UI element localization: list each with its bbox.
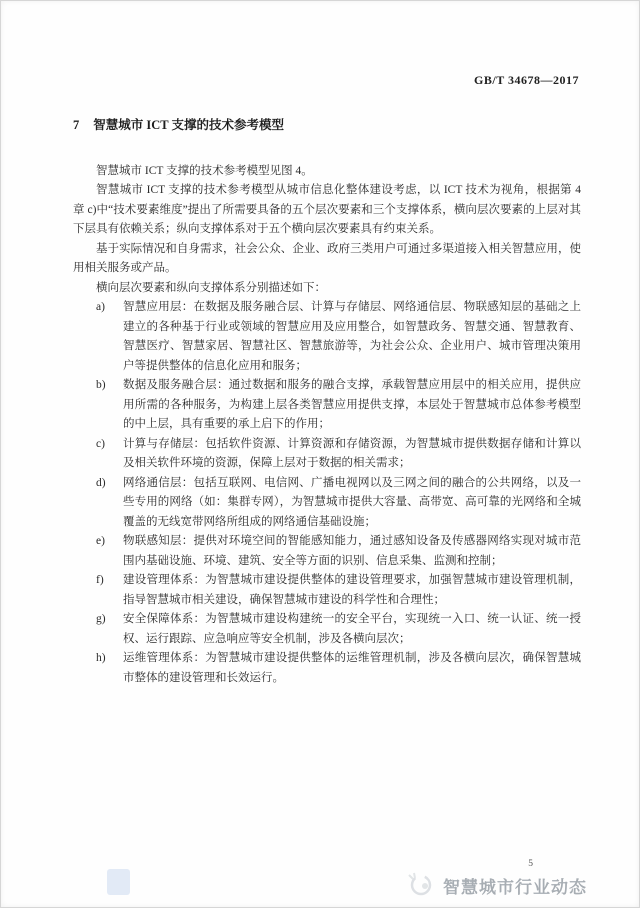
section-title: 智慧城市 ICT 支撑的技术参考模型 [93,118,284,132]
list-item: c) 计算与存储层：包括软件资源、计算资源和存储资源，为智慧城市提供数据存储和计… [73,435,581,474]
list-item-text: 建设管理体系：为智慧城市建设提供整体的建设管理要求，加强智慧城市建设管理机制，指… [123,571,581,610]
section-number: 7 [73,118,79,132]
list-item: g) 安全保障体系：为智慧城市建设构建统一的安全平台，实现统一入口、统一认证、统… [73,610,581,649]
list-item: e) 物联感知层：提供对环境空间的智能感知能力，通过感知设备及传感器网络实现对城… [73,532,581,571]
list-item: d) 网络通信层：包括互联网、电信网、广播电视网以及三网之间的融合的公共网络，以… [73,474,581,533]
list-item-label: d) [73,474,123,494]
list-item-text: 物联感知层：提供对环境空间的智能感知能力，通过感知设备及传感器网络实现对城市范围… [123,532,581,571]
list-item-text: 智慧应用层：在数据及服务融合层、计算与存储层、网络通信层、物联感知层的基础之上建… [123,298,581,376]
watermark-text: 智慧城市行业动态 [443,873,587,898]
watermark-logo-icon [405,869,435,902]
list-item: b) 数据及服务融合层：通过数据和服务的融合支撑，承载智慧应用层中的相关应用，提… [73,376,581,435]
corner-logo [107,869,130,895]
list-item: f) 建设管理体系：为智慧城市建设提供整体的建设管理要求，加强智慧城市建设管理机… [73,571,581,610]
list-item-text: 安全保障体系：为智慧城市建设构建统一的安全平台，实现统一入口、统一认证、统一授权… [123,610,581,649]
list-item-label: c) [73,435,123,455]
list-item-label: h) [73,649,123,669]
list-item-text: 网络通信层：包括互联网、电信网、广播电视网以及三网之间的融合的公共网络，以及一些… [123,474,581,533]
document-page: GB/T 34678—2017 7智慧城市 ICT 支撑的技术参考模型 智慧城市… [0,0,640,908]
section-heading: 7智慧城市 ICT 支撑的技术参考模型 [73,116,581,136]
list-item-label: a) [73,298,123,318]
paragraph: 智慧城市 ICT 支撑的技术参考模型见图 4。 [73,162,581,182]
paragraph: 智慧城市 ICT 支撑的技术参考模型从城市信息化整体建设考虑，以 ICT 技术为… [73,181,581,240]
footer: 5 智慧城市行业动态 [405,853,587,902]
list-item-label: f) [73,571,123,591]
paragraph: 基于实际情况和自身需求，社会公众、企业、政府三类用户可通过多渠道接入相关智慧应用… [73,240,581,279]
watermark: 智慧城市行业动态 [405,869,587,902]
page-number: 5 [528,859,533,869]
list-item-text: 计算与存储层：包括软件资源、计算资源和存储资源，为智慧城市提供数据存储和计算以及… [123,435,581,474]
document-content: 7智慧城市 ICT 支撑的技术参考模型 智慧城市 ICT 支撑的技术参考模型见图… [73,116,581,688]
paragraph: 横向层次要素和纵向支撑体系分别描述如下： [73,279,581,299]
definition-list: a) 智慧应用层：在数据及服务融合层、计算与存储层、网络通信层、物联感知层的基础… [73,298,581,688]
list-item-label: e) [73,532,123,552]
doc-code: GB/T 34678—2017 [474,73,579,88]
list-item: h) 运维管理体系：为智慧城市建设提供整体的运维管理机制，涉及各横向层次，确保智… [73,649,581,688]
list-item-text: 数据及服务融合层：通过数据和服务的融合支撑，承载智慧应用层中的相关应用，提供应用… [123,376,581,435]
list-item: a) 智慧应用层：在数据及服务融合层、计算与存储层、网络通信层、物联感知层的基础… [73,298,581,376]
list-item-text: 运维管理体系：为智慧城市建设提供整体的运维管理机制，涉及各横向层次，确保智慧城市… [123,649,581,688]
list-item-label: g) [73,610,123,630]
list-item-label: b) [73,376,123,396]
